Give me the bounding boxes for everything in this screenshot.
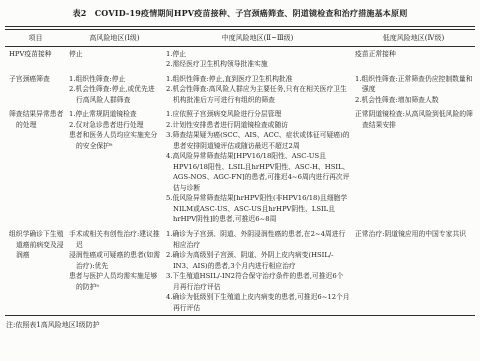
- table-grid: 项目 高风险地区(Ⅰ级) 中度风险地区(Ⅱ~Ⅲ级) 低度风险地区(Ⅳ级) HPV…: [5, 29, 475, 317]
- table-footnote: 注:依照表1高风险地区Ⅰ级防护: [5, 320, 475, 330]
- cell-line: 手术或相关有创性治疗:建议推迟: [69, 229, 161, 250]
- cell-line: 3.下生殖道HSIL/-IN2符合保守治疗条件的患者,可推迟6个月再行治疗评估: [166, 271, 350, 292]
- cell-line: 停止: [69, 49, 161, 60]
- cell-line: 1.组织性筛查:停止,直到医疗卫生机构批准: [166, 74, 350, 85]
- cell-medium: 1.应依照子宫颈病变风险进行分层管理2.计划性安排患者进行阴道镜检查或随访3.筛…: [163, 107, 352, 227]
- cell-medium: 1.停止2.需经医疗卫生机构领导批准实施: [163, 46, 352, 72]
- header-row: 项目 高风险地区(Ⅰ级) 中度风险地区(Ⅱ~Ⅲ级) 低度风险地区(Ⅳ级): [5, 29, 475, 46]
- col-header-item: 项目: [5, 29, 66, 46]
- cell-high: 1.组织性筛查:停止2.机会性筛查:停止,或优先进行高风险人群筛查: [66, 72, 163, 108]
- cell-low: 正常治疗:阴道镜应用的中国专家共识: [352, 227, 475, 316]
- cell-line: 3.筛查结果疑为癌(SCC、AIS、ACC、症状或体征可疑癌)的患者安排阴道镜评…: [166, 130, 350, 151]
- cell-line: 患者和医务人员均应实施充分的安全保护ᵃ: [69, 130, 161, 151]
- table-row: 组织学确诊下生殖道癌前病变及浸润癌手术或相关有创性治疗:建议推迟浸润性癌或可疑癌…: [5, 227, 475, 316]
- cell-line: 疫苗正常接种: [355, 49, 473, 60]
- cell-line: 1.停止常规阴道镜检查: [69, 109, 161, 120]
- cell-low: 正常阴道镜检查:从高风险到低风险的筛查结果安排: [352, 107, 475, 227]
- cell-line: 2.仅对急诊患者进行处理: [69, 120, 161, 131]
- cell-line: 2.确诊为高级别子宫颈、阴道、外阴上皮内病变(HSIL/-IN3、AIS)的患者…: [166, 250, 350, 271]
- cell-line: 患者与医护人员均需实施足够的防护ᵃ: [69, 271, 161, 292]
- cell-line: 筛查结果异常患者的处理: [9, 109, 64, 130]
- cell-line: 子宫颈癌筛查: [9, 74, 64, 85]
- cell-line: 2.机会性筛查:高风险人群应为主要任务,只有在相关医疗卫生机构批准后方可进行有组…: [166, 84, 350, 105]
- cell-high: 手术或相关有创性治疗:建议推迟浸润性癌或可疑癌的患者(如需治疗):优先患者与医护…: [66, 227, 163, 316]
- cell-line: 4.确诊为低级别下生殖道上皮内病变的患者,可推迟6~12个月再行评估: [166, 292, 350, 313]
- principles-table: 项目 高风险地区(Ⅰ级) 中度风险地区(Ⅱ~Ⅲ级) 低度风险地区(Ⅳ级) HPV…: [5, 26, 475, 316]
- cell-line: 1.停止: [166, 49, 350, 60]
- col-header-high-risk: 高风险地区(Ⅰ级): [66, 29, 163, 46]
- col-header-medium-risk: 中度风险地区(Ⅱ~Ⅲ级): [163, 29, 352, 46]
- cell-line: 2.需经医疗卫生机构领导批准实施: [166, 59, 350, 70]
- cell-line: 正常阴道镜检查:从高风险到低风险的筛查结果安排: [355, 109, 473, 130]
- cell-item: 组织学确诊下生殖道癌前病变及浸润癌: [5, 227, 66, 316]
- cell-item: HPV疫苗接种: [5, 46, 66, 72]
- cell-line: 正常治疗:阴道镜应用的中国专家共识: [355, 229, 473, 240]
- cell-line: 2.机会性筛查:停止,或优先进行高风险人群筛查: [69, 84, 161, 105]
- cell-line: 浸润性癌或可疑癌的患者(如需治疗):优先: [69, 250, 161, 271]
- table-caption: 表2 COVID-19疫情期间HPV疫苗接种、子宫颈癌筛查、阴道镜检查和治疗措施…: [5, 8, 475, 19]
- cell-medium: 1.组织性筛查:停止,直到医疗卫生机构批准2.机会性筛查:高风险人群应为主要任务…: [163, 72, 352, 108]
- cell-line: 1.组织性筛查:正常筛查仍应控制数量和强度: [355, 74, 473, 95]
- page: 表2 COVID-19疫情期间HPV疫苗接种、子宫颈癌筛查、阴道镜检查和治疗措施…: [0, 0, 480, 361]
- cell-line: 组织学确诊下生殖道癌前病变及浸润癌: [9, 229, 64, 261]
- table-row: 子宫颈癌筛查1.组织性筛查:停止2.机会性筛查:停止,或优先进行高风险人群筛查1…: [5, 72, 475, 108]
- cell-line: 4.高风险异常筛查结果[HPV16/18阳性、ASC-US且HPV16/18阳性…: [166, 151, 350, 193]
- cell-line: 1.应依照子宫颈病变风险进行分层管理: [166, 109, 350, 120]
- cell-low: 1.组织性筛查:正常筛查仍应控制数量和强度2.机会性筛查:增加筛查人数: [352, 72, 475, 108]
- table-row: 筛查结果异常患者的处理1.停止常规阴道镜检查2.仅对急诊患者进行处理患者和医务人…: [5, 107, 475, 227]
- cell-high: 停止: [66, 46, 163, 72]
- cell-item: 子宫颈癌筛查: [5, 72, 66, 108]
- cell-high: 1.停止常规阴道镜检查2.仅对急诊患者进行处理患者和医务人员均应实施充分的安全保…: [66, 107, 163, 227]
- cell-line: 5.低风险异常筛查结果[hrHPV阳性(非HPV16/18)且细胞学NILM或A…: [166, 193, 350, 225]
- cell-line: 2.计划性安排患者进行阴道镜检查或随访: [166, 120, 350, 131]
- table-row: HPV疫苗接种停止1.停止2.需经医疗卫生机构领导批准实施疫苗正常接种: [5, 46, 475, 72]
- cell-item: 筛查结果异常患者的处理: [5, 107, 66, 227]
- cell-low: 疫苗正常接种: [352, 46, 475, 72]
- cell-medium: 1.确诊为子宫颈、阴道、外阴浸润性癌的患者,在2~4周进行相应治疗2.确诊为高级…: [163, 227, 352, 316]
- col-header-low-risk: 低度风险地区(Ⅳ级): [352, 29, 475, 46]
- cell-line: 1.组织性筛查:停止: [69, 74, 161, 85]
- cell-line: 2.机会性筛查:增加筛查人数: [355, 95, 473, 106]
- cell-line: 1.确诊为子宫颈、阴道、外阴浸润性癌的患者,在2~4周进行相应治疗: [166, 229, 350, 250]
- cell-line: HPV疫苗接种: [9, 49, 64, 60]
- table-body: HPV疫苗接种停止1.停止2.需经医疗卫生机构领导批准实施疫苗正常接种子宫颈癌筛…: [5, 46, 475, 316]
